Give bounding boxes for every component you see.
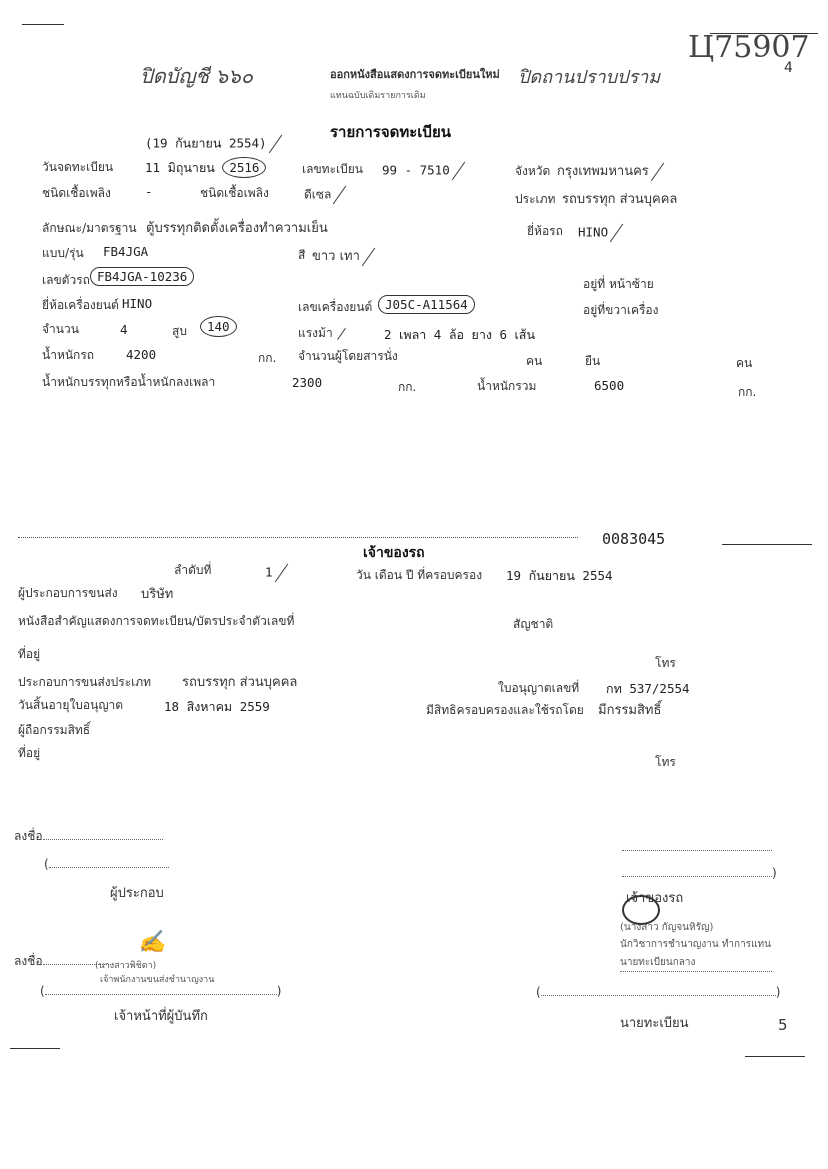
color-value: ขาว เทา bbox=[312, 245, 369, 268]
load-unit: กก. bbox=[398, 378, 416, 397]
body-value: ตู้บรรทุกติดตั้งเครื่องทำความเย็น bbox=[146, 217, 328, 238]
operator-sign-label: ลงชื่อ bbox=[14, 827, 163, 846]
engine-no-value: J05C-A11564 bbox=[378, 297, 475, 312]
plate-label: เลขทะเบียน bbox=[302, 160, 363, 179]
engine-location: อยู่ที่ขวาเครื่อง bbox=[583, 301, 658, 320]
nationality-label: สัญชาติ bbox=[513, 615, 553, 634]
standing-unit: คน bbox=[736, 354, 752, 373]
axles-value: 2 เพลา 4 ล้อ ยาง 6 เส้น bbox=[384, 325, 535, 345]
weight-label: น้ำหนักรถ bbox=[42, 346, 94, 365]
license-no-value: กท 537/2554 bbox=[606, 679, 690, 699]
stamp-underline bbox=[710, 33, 818, 34]
gross-label: น้ำหนักรวม bbox=[477, 377, 536, 396]
registrar-role: นายทะเบียน bbox=[620, 1012, 689, 1033]
registration-title: รายการจดทะเบียน bbox=[330, 120, 451, 144]
weight-value: 4200 bbox=[126, 347, 156, 362]
engine-no-label: เลขเครื่องยนต์ bbox=[298, 298, 372, 317]
cylinders-value: 4 bbox=[120, 322, 128, 337]
category-value: รถบรรทุก ส่วนบุคคล bbox=[562, 188, 677, 209]
engine-brand-label: ยี่ห้อเครื่องยนต์ bbox=[42, 296, 119, 315]
possession-right-value: มีกรรมสิทธิ์ bbox=[598, 699, 661, 720]
handwritten-note-right: ปิดถานปราบปราม bbox=[518, 62, 660, 91]
hp-label: แรงม้า bbox=[298, 324, 342, 343]
fuel-type-label: ชนิดเชื้อเพลิง bbox=[42, 184, 111, 203]
license-no-label: ใบอนุญาตเลขที่ bbox=[498, 679, 579, 698]
page-number-bottom: 5 bbox=[778, 1016, 788, 1034]
section-divider bbox=[18, 537, 578, 539]
possession-date-label: วัน เดือน ปี ที่ครอบครอง bbox=[356, 566, 482, 585]
registrar-stamp-title1: นักวิชาการชำนาญงาน ทำการแทน bbox=[620, 937, 771, 952]
gross-value: 6500 bbox=[594, 378, 624, 393]
operator-sign-role: ผู้ประกอบ bbox=[110, 882, 164, 903]
officer-sign-name-line: () bbox=[40, 984, 281, 998]
weight-unit: กก. bbox=[258, 349, 276, 368]
chassis-location: อยู่ที่ หน้าซ้าย bbox=[583, 275, 654, 294]
transport-type-value: รถบรรทุก ส่วนบุคคล bbox=[182, 671, 297, 692]
officer-stamp-name: (นางสาวพิชิตา) bbox=[95, 958, 156, 972]
transport-type-label: ประกอบการขนส่งประเภท bbox=[18, 673, 151, 692]
body-label: ลักษณะ/มาตรฐาน bbox=[42, 219, 137, 238]
possession-date-value: 19 กันยายน 2554 bbox=[506, 566, 613, 586]
license-expiry-value: 18 สิงหาคม 2559 bbox=[164, 697, 270, 717]
scan-mark-bottom-right bbox=[745, 1056, 805, 1057]
order-value: 1 bbox=[265, 562, 282, 584]
header-line2: แทนฉบับเดิมรายการเดิม bbox=[330, 88, 426, 102]
gross-unit: กก. bbox=[738, 383, 756, 402]
brand-label: ยี่ห้อรถ bbox=[527, 222, 563, 241]
possession-right-label: มีสิทธิครอบครองและใช้รถโดย bbox=[426, 701, 584, 720]
officer-role: เจ้าหน้าที่ผู้บันทึก bbox=[114, 1005, 208, 1026]
color-label: สี bbox=[298, 246, 305, 265]
owner-title: เจ้าของรถ bbox=[363, 542, 425, 564]
province-value: กรุงเทพมหานคร bbox=[557, 160, 658, 183]
handwritten-note-left: ปิดบัญชี ๖๖๐ bbox=[140, 60, 253, 92]
holder-address-label: ที่อยู่ bbox=[18, 744, 40, 763]
standing-label: ยืน bbox=[585, 352, 600, 371]
officer-signature: ✍ bbox=[138, 930, 165, 955]
page-number-top: 4 bbox=[784, 60, 793, 76]
holder-phone-label: โทร bbox=[655, 753, 676, 772]
divider-right bbox=[722, 544, 812, 545]
engine-brand-value: HINO bbox=[122, 296, 152, 311]
province-label: จังหวัด bbox=[515, 162, 550, 181]
cylinders-unit: สูบ bbox=[172, 322, 187, 341]
chassis-value: FB4JGA-10236 bbox=[90, 269, 194, 284]
scan-mark-bottom-left bbox=[10, 1048, 60, 1049]
category-label: ประเภท bbox=[515, 190, 555, 209]
model-value: FB4JGA bbox=[103, 244, 148, 259]
operator-value: บริษัท bbox=[141, 583, 173, 604]
serial-code: 0083045 bbox=[602, 530, 665, 548]
chassis-label: เลขตัวรถ bbox=[42, 271, 90, 290]
fuel-type-value: - bbox=[145, 184, 153, 199]
holder-label: ผู้ถือกรรมสิทธิ์ bbox=[18, 721, 90, 740]
fuel-type2-value: ดีเซล bbox=[304, 184, 341, 206]
reg-date-value: 11 มิถุนายน 2516 bbox=[145, 158, 266, 178]
id-doc-label: หนังสือสำคัญแสดงการจดทะเบียน/บัตรประจำตั… bbox=[18, 612, 294, 631]
cc-value: 140 bbox=[200, 319, 237, 334]
reg-date-label: วันจดทะเบียน bbox=[42, 158, 113, 177]
load-value: 2300 bbox=[292, 375, 322, 390]
owner-sign-line bbox=[622, 840, 772, 854]
registrar-stamp-name: (นางสาว กัญจนหิรัญ) bbox=[620, 920, 713, 935]
owner-sign-name-line: ) bbox=[622, 866, 777, 880]
operator-label: ผู้ประกอบการขนส่ง bbox=[18, 584, 118, 603]
fuel-type2-label: ชนิดเชื้อเพลิง bbox=[200, 184, 269, 203]
registrar-sign-name-line: () bbox=[536, 985, 780, 999]
header-line1: ออกหนังสือแสดงการจดทะเบียนใหม่ bbox=[330, 65, 500, 83]
phone-label: โทร bbox=[655, 654, 676, 673]
scan-mark bbox=[22, 24, 64, 25]
load-label: น้ำหนักบรรทุกหรือน้ำหนักลงเพลา bbox=[42, 373, 215, 392]
operator-sign-name-line: ( bbox=[44, 857, 169, 871]
brand-value: HINO bbox=[578, 222, 617, 244]
reference-date: (19 กันยายน 2554) bbox=[145, 133, 276, 155]
model-label: แบบ/รุ่น bbox=[42, 244, 84, 263]
registrar-sign-line bbox=[620, 961, 772, 975]
license-expiry-label: วันสิ้นอายุใบอนุญาต bbox=[18, 696, 123, 715]
plate-value: 99 - 7510 bbox=[382, 160, 459, 182]
seats-unit: คน bbox=[526, 352, 542, 371]
order-label: ลำดับที่ bbox=[174, 561, 211, 580]
address-label: ที่อยู่ bbox=[18, 645, 40, 664]
seats-label: จำนวนผู้โดยสารนั่ง bbox=[298, 347, 398, 366]
cylinders-label: จำนวน bbox=[42, 320, 79, 339]
